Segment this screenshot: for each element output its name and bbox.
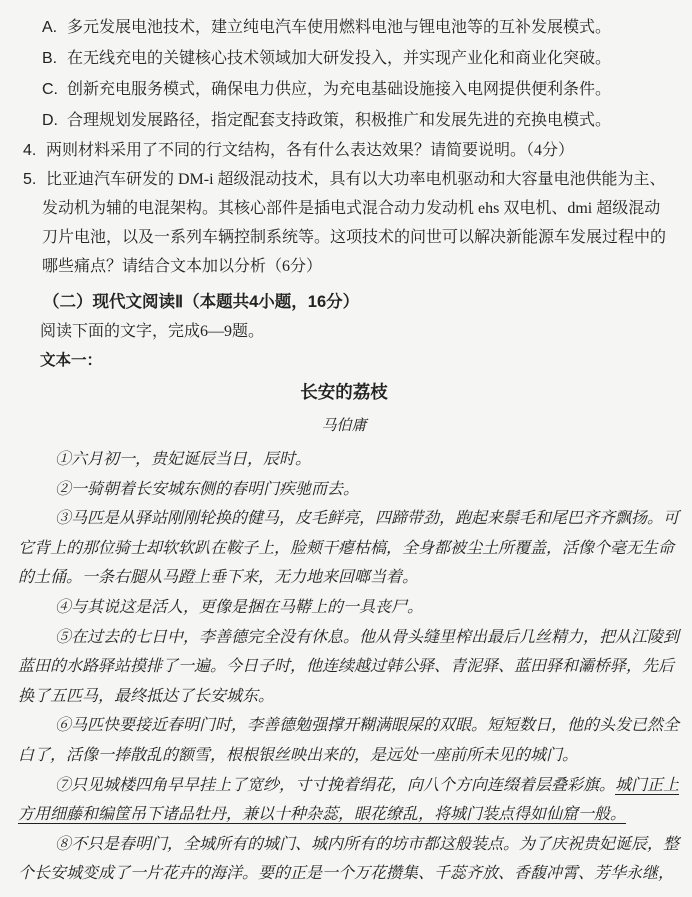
option-list: A.多元发展电池技术，建立纯电汽车使用燃料电池与锂电池等的互补发展模式。 B.在… bbox=[42, 12, 670, 136]
option-a-text: 多元发展电池技术，建立纯电汽车使用燃料电池与锂电池等的互补发展模式。 bbox=[67, 19, 611, 36]
passage-para-8-line-2: 个长安城变成了一片花卉的海洋。要的正是一个万花攒集、千蕊齐放、香馥冲霄、芳华永继… bbox=[18, 858, 670, 888]
question-5-line-3: 刀片电池，以及一系列车辆控制系统等。这项技术的问世可以解决新能源车发展过程中的 bbox=[42, 223, 670, 252]
passage-para-8-line-1: ⑧不只是春明门，全城所有的城门、城内所有的坊市都这般装点。为了庆祝贵妃诞辰，整 bbox=[18, 829, 670, 859]
option-c-label: C. bbox=[42, 74, 58, 105]
passage-para-5-line-3: 换了五匹马，最终抵达了长安城东。 bbox=[18, 681, 670, 711]
question-5-line-2: 发动机为辅的电混架构。其核心部件是插电式混合动力发动机 ehs 双电机、dmi … bbox=[42, 194, 670, 223]
passage-para-3-line-1: ③马匹是从驿站刚刚轮换的健马，皮毛鲜亮，四蹄带劲，跑起来鬃毛和尾巴齐齐飘扬。可 bbox=[18, 503, 670, 533]
option-d: D.合理规划发展路径，指定配套支持政策，积极推广和发展先进的充换电模式。 bbox=[42, 105, 670, 136]
option-b-label: B. bbox=[42, 43, 58, 74]
option-b-text: 在无线充电的关键核心技术领域加大研发投入，并实现产业化和商业化突破。 bbox=[67, 50, 611, 67]
question-4: 4.两则材料采用了不同的行文结构，各有什么表达效果？请简要说明。（4分） bbox=[23, 136, 670, 165]
option-a: A.多元发展电池技术，建立纯电汽车使用燃料电池与锂电池等的互补发展模式。 bbox=[42, 12, 670, 43]
passage-para-3-line-2: 它背上的那位骑士却软软趴在鞍子上，脸颊干瘪枯槁，全身都被尘土所覆盖，活像个毫无生… bbox=[18, 533, 670, 563]
passage-para-5-line-1: ⑤在过去的七日中，李善德完全没有休息。他从骨头缝里榨出最后几丝精力，把从江陵到 bbox=[18, 622, 670, 652]
passage-para-6-line-2: 白了，活像一捧散乱的额雪，根根银丝映出来的，是远处一座前所未见的城门。 bbox=[18, 740, 670, 770]
question-5-number: 5. bbox=[23, 165, 37, 194]
passage-para-2: ②一骑朝着长安城东侧的春明门疾驰而去。 bbox=[18, 474, 670, 504]
underline-segment-start: 城门正上 bbox=[615, 775, 679, 794]
passage-para-1: ①六月初一，贵妃诞辰当日，辰时。 bbox=[18, 444, 670, 474]
option-c: C.创新充电服务模式，确保电力供应，为充电基础设施接入电网提供便利条件。 bbox=[42, 74, 670, 105]
passage-body: ①六月初一，贵妃诞辰当日，辰时。 ②一骑朝着长安城东侧的春明门疾驰而去。 ③马匹… bbox=[18, 444, 670, 888]
option-d-text: 合理规划发展路径，指定配套支持政策，积极推广和发展先进的充换电模式。 bbox=[67, 112, 611, 129]
passage-para-4: ④与其说这是活人，更像是捆在马鞯上的一具丧尸。 bbox=[18, 592, 670, 622]
option-b: B.在无线充电的关键核心技术领域加大研发投入，并实现产业化和商业化突破。 bbox=[42, 43, 670, 74]
question-4-text: 两则材料采用了不同的行文结构，各有什么表达效果？请简要说明。（4分） bbox=[46, 142, 574, 159]
section-heading: （二）现代文阅读Ⅱ（本题共4小题，16分） bbox=[43, 287, 670, 317]
text-one-label: 文本一： bbox=[40, 346, 670, 375]
question-5-line-1: 5.比亚迪汽车研发的 DM-i 超级混动技术，具有以大功率电机驱动和大容量电池供… bbox=[23, 165, 670, 194]
question-5-line-4: 哪些痛点？请结合文本加以分析（6分） bbox=[42, 252, 670, 281]
passage-para-7-line-2-underlined: 方用细藤和编筐吊下诸品牡丹，兼以十种杂蕊，眼花缭乱，将城门装点得如仙窟一般。 bbox=[18, 799, 670, 829]
reading-instruction: 阅读下面的文字，完成6—9题。 bbox=[40, 317, 670, 346]
passage-para-6-line-1: ⑥马匹快要接近春明门时，李善德勉强撑开糊满眼屎的双眼。短短数日，他的头发已然全 bbox=[18, 710, 670, 740]
passage-para-7-line-1: ⑦只见城楼四角早早挂上了宽纱，寸寸挽着绢花，向八个方向连缀着层叠彩旗。城门正上 bbox=[18, 770, 670, 800]
passage-title: 长安的荔枝 bbox=[18, 377, 670, 407]
question-5: 5.比亚迪汽车研发的 DM-i 超级混动技术，具有以大功率电机驱动和大容量电池供… bbox=[18, 165, 670, 281]
question-4-number: 4. bbox=[23, 136, 37, 165]
passage-author: 马伯庸 bbox=[18, 411, 670, 441]
option-c-text: 创新充电服务模式，确保电力供应，为充电基础设施接入电网提供便利条件。 bbox=[67, 81, 611, 98]
exam-page: A.多元发展电池技术，建立纯电汽车使用燃料电池与锂电池等的互补发展模式。 B.在… bbox=[0, 0, 692, 897]
question-5-text-1: 比亚迪汽车研发的 DM-i 超级混动技术，具有以大功率电机驱动和大容量电池供能为… bbox=[46, 171, 666, 188]
passage-para-3-line-3: 的土俑。一条右腿从马蹬上垂下来，无力地来回啷当着。 bbox=[18, 562, 670, 592]
passage-para-5-line-2: 蓝田的水路驿站摸排了一遍。今日子时，他连续越过韩公驿、青泥驿、蓝田驿和灞桥驿，先… bbox=[18, 651, 670, 681]
option-a-label: A. bbox=[42, 12, 58, 43]
passage-para-7-normal-text: ⑦只见城楼四角早早挂上了宽纱，寸寸挽着绢花，向八个方向连缀着层叠彩旗。 bbox=[55, 775, 615, 794]
option-d-label: D. bbox=[42, 105, 58, 136]
